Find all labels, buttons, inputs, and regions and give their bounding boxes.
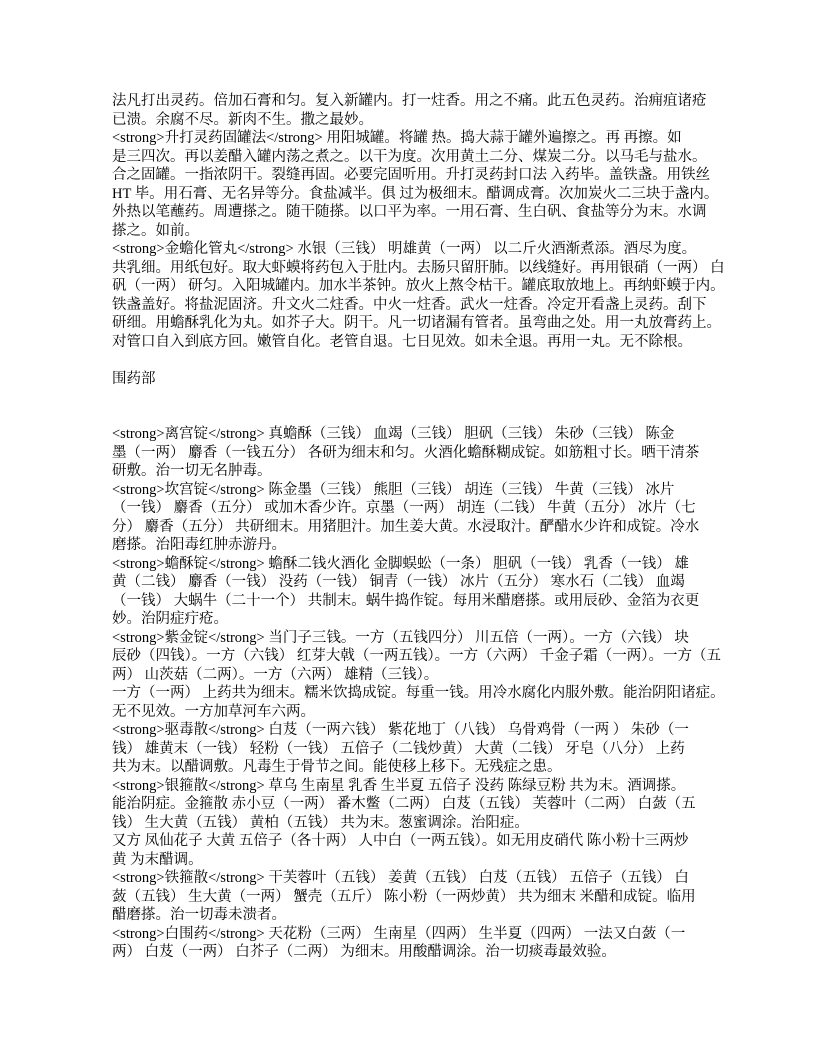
text-line: 是三四次。再以姜醋入罐内荡之煮之。以干为度。次用黄土二分、煤炭二分。以马毛与盐水… (112, 148, 712, 167)
text-line: 磨搽。治阳毒红肿赤游丹。 (112, 536, 712, 555)
text-line: 钱） 雄黄末（一钱） 轻粉（一钱） 五倍子（二钱炒黄） 大黄（二钱） 牙皂（八分… (112, 740, 712, 759)
text-line: 共为末。以醋调敷。凡毒生于骨节之间。能使移上移下。无残症之患。 (112, 758, 712, 777)
text-line: <strong>蟾酥锭</strong> 蟾酥二钱火酒化 金脚蜈蚣（一条） 胆矾… (112, 555, 712, 574)
text-line: 两） 山茨菇（二两）。一方（六两） 雄精（三钱）。 (112, 666, 712, 685)
text-line: HT 毕。用石膏、无名异等分。食盐减半。俱 过为极细末。醋调成膏。次加炭火二三块… (112, 185, 712, 204)
text-line: 醋磨搽。治一切毒未溃者。 (112, 906, 712, 925)
text-line: <strong>紫金锭</strong> 当门子三钱。一方（五钱四分） 川五倍（… (112, 629, 712, 648)
text-line: 共乳细。用纸包好。取大虾蟆将药包入于肚内。去肠只留肝肺。以线缝好。再用银硝（一两… (112, 259, 712, 278)
text-line: 对管口自入到底方回。嫩管自化。老管自退。七日见效。如未全退。再用一丸。无不除根。 (112, 333, 712, 352)
text-line: （一钱） 大蜗牛（二十一个） 共制末。蜗牛捣作锭。每用米醋磨搽。或用辰砂、金箔为… (112, 592, 712, 611)
text-line: <strong>坎宫锭</strong> 陈金墨（三钱） 熊胆（三钱） 胡连（三… (112, 481, 712, 500)
text-line: 墨（一两） 麝香（一钱五分） 各研为细末和匀。火酒化蟾酥糊成锭。如筋粗寸长。晒干… (112, 444, 712, 463)
blank-line (112, 351, 712, 370)
text-line: <strong>金蟾化管丸</strong> 水银（三钱） 明雄黄（一两） 以二… (112, 240, 712, 259)
text-line: <strong>白围药</strong> 天花粉（三两） 生南星（四两） 生半夏… (112, 925, 712, 944)
text-line: 搽之。如前。 (112, 222, 712, 241)
text-line: 研细。用蟾酥乳化为丸。如芥子大。阴干。凡一切诸漏有管者。虽弯曲之处。用一丸放膏药… (112, 314, 712, 333)
document-page: 法凡打出灵药。倍加石膏和匀。复入新罐内。打一炷香。用之不痛。此五色灵药。治痈疽诸… (0, 0, 816, 1056)
text-line: 两） 白芨（一两） 白芥子（二两） 为细末。用酸醋调涂。治一切痰毒最效验。 (112, 943, 712, 962)
text-line: 钱） 生大黄（五钱） 黄柏（五钱） 共为末。葱蜜调涂。治阳症。 (112, 814, 712, 833)
text-line: 合之固罐。一指浓阴干。裂缝再固。必要完固听用。升打灵药封口法 入药毕。盖铁盏。用… (112, 166, 712, 185)
text-line: 外热以笔蘸药。周遭搽之。随干随搽。以口平为率。一用石膏、生白矾、食盐等分为末。水… (112, 203, 712, 222)
text-line: <strong>驱毒散</strong> 白芨（一两六钱） 紫花地丁（八钱） 乌… (112, 721, 712, 740)
text-line: 法凡打出灵药。倍加石膏和匀。复入新罐内。打一炷香。用之不痛。此五色灵药。治痈疽诸… (112, 92, 712, 111)
text-line: 能治阴症。金箍散 赤小豆（一两） 番木鳖（二两） 白芨（五钱） 芙蓉叶（二两） … (112, 795, 712, 814)
text-line: <strong>铁箍散</strong> 干芙蓉叶（五钱） 姜黄（五钱） 白芨（… (112, 869, 712, 888)
text-line: 蔹（五钱） 生大黄（一两） 蟹壳（五斤） 陈小粉（一两炒黄） 共为细末 米醋和成… (112, 888, 712, 907)
text-line: 铁盏盖好。将盐泥固济。升文火二炷香。中火一炷香。武火一炷香。冷定开看盏上灵药。刮… (112, 296, 712, 315)
text-line: 黄（二钱） 麝香（一钱） 没药（一钱） 铜青（一钱） 冰片（五分） 寒水石（二钱… (112, 573, 712, 592)
section-heading: 围药部 (112, 370, 712, 389)
text-line: （一钱） 麝香（五分） 或加木香少许。京墨（一两） 胡连（二钱） 牛黄（五分） … (112, 499, 712, 518)
text-line: 黄 为末醋调。 (112, 851, 712, 870)
text-line: 一方（一两） 上药共为细末。糯米饮捣成锭。每重一钱。用冷水腐化内服外敷。能治阴阳… (112, 684, 712, 703)
blank-line (112, 388, 712, 407)
text-line: <strong>银箍散</strong> 草乌 生南星 乳香 生半夏 五倍子 没… (112, 777, 712, 796)
text-line: 矾（一两） 研匀。入阳城罐内。加水半茶钟。放火上熬令枯干。罐底取放地上。再纳虾蟆… (112, 277, 712, 296)
text-line: 无不见效。一方加草河车六两。 (112, 703, 712, 722)
text-line: 研敷。治一切无名肿毒。 (112, 462, 712, 481)
text-line: 妙。治阴症疔疮。 (112, 610, 712, 629)
text-line: 辰砂（四钱）。一方（六钱） 红芽大戟（一两五钱）。一方（六两） 千金子霜（一两）… (112, 647, 712, 666)
text-block: 法凡打出灵药。倍加石膏和匀。复入新罐内。打一炷香。用之不痛。此五色灵药。治痈疽诸… (112, 92, 712, 962)
blank-line (112, 407, 712, 426)
text-line: 分） 麝香（五分） 共研细末。用猪胆汁。加生姜大黄。水浸取汁。酽醋水少许和成锭。… (112, 518, 712, 537)
text-line: 已溃。余腐不尽。新肉不生。撒之最妙。 (112, 111, 712, 130)
text-line: <strong>离宫锭</strong> 真蟾酥（三钱） 血竭（三钱） 胆矾（三… (112, 425, 712, 444)
text-line: 又方 凤仙花子 大黄 五倍子（各十两） 人中白（一两五钱）。如无用皮硝代 陈小粉… (112, 832, 712, 851)
text-line: <strong>升打灵药固罐法</strong> 用阳城罐。将罐 热。捣大蒜于罐… (112, 129, 712, 148)
